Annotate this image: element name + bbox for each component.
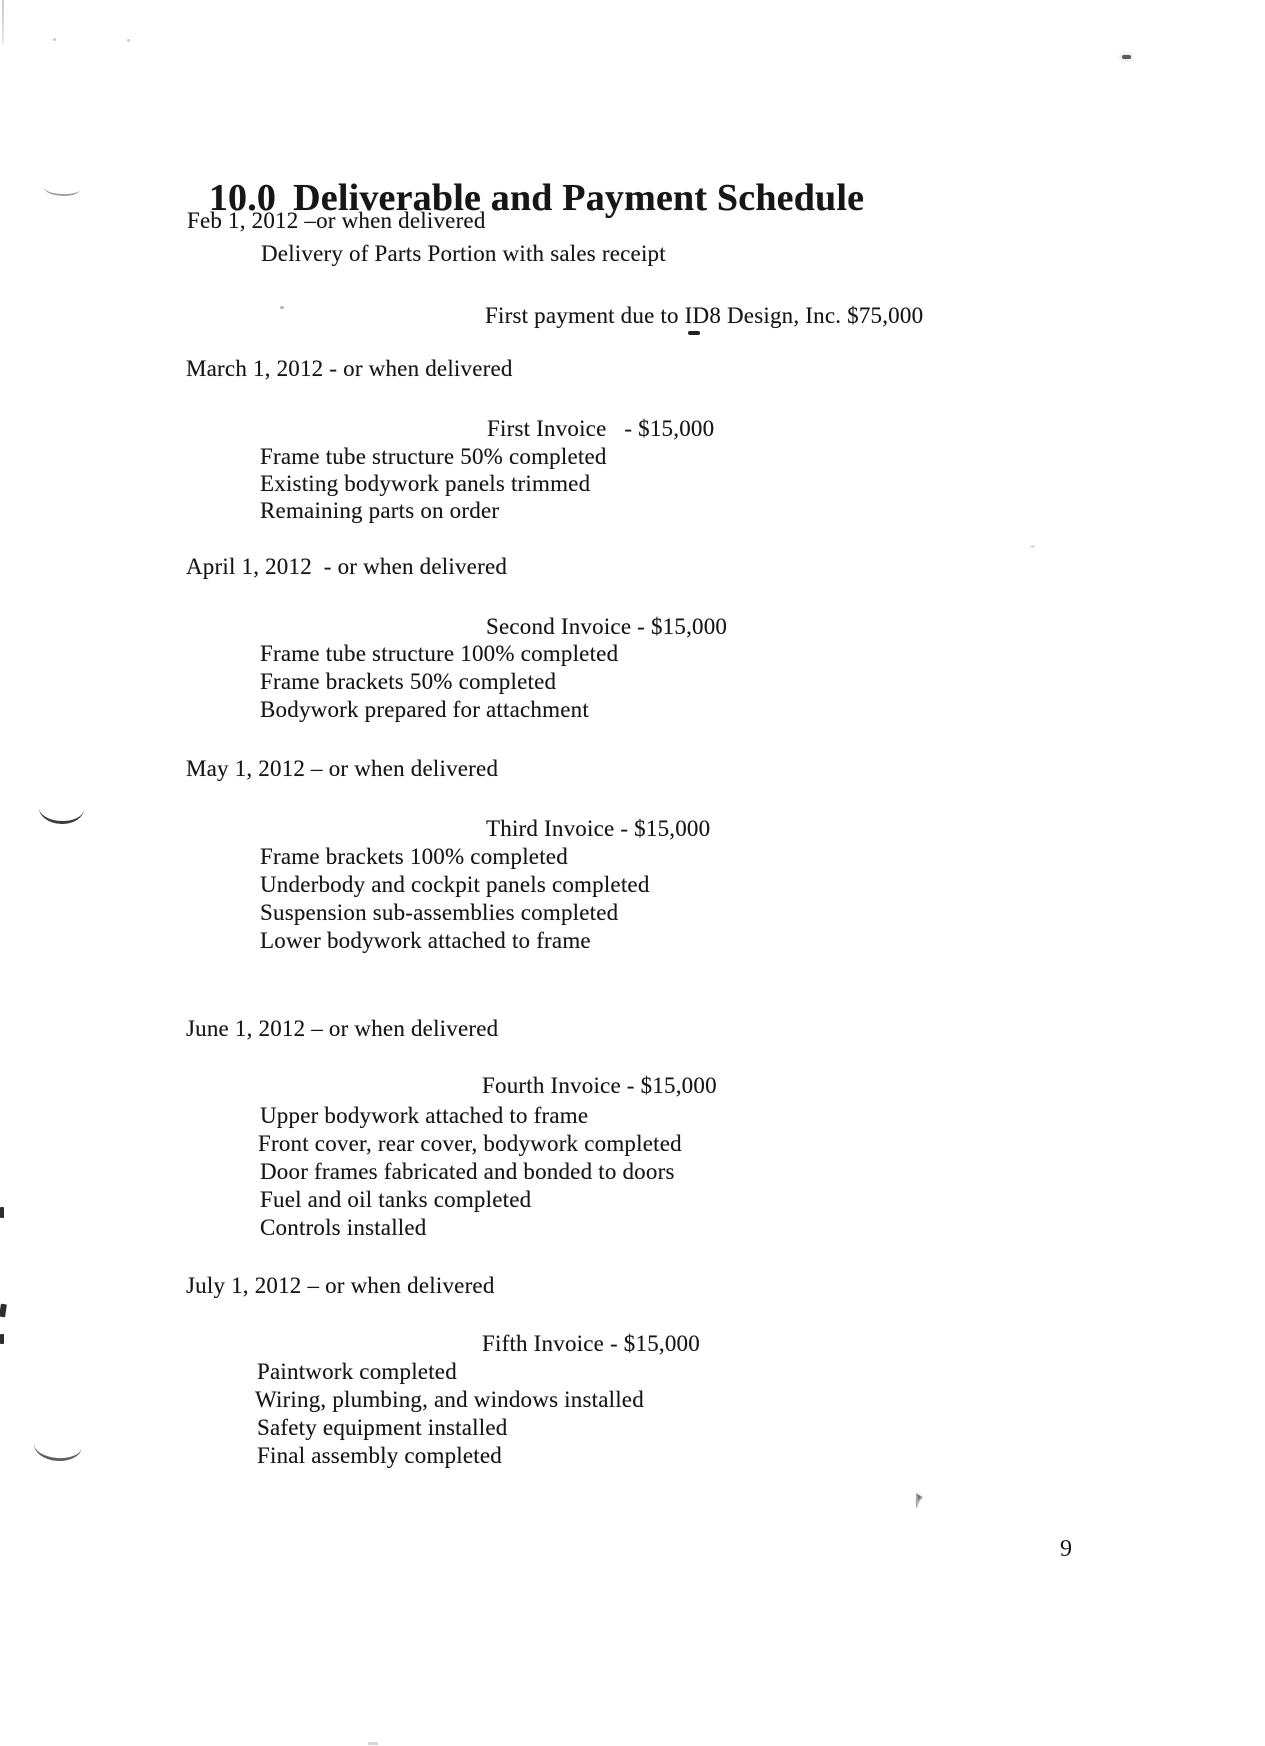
scan-artifact-dot — [127, 39, 130, 42]
date-line: July 1, 2012 – or when delivered — [186, 1274, 495, 1297]
deliverable-item: Final assembly completed — [257, 1444, 502, 1467]
invoice-line: Fourth Invoice - $15,000 — [482, 1074, 717, 1097]
deliverable-item: Frame brackets 50% completed — [260, 670, 556, 693]
scan-artifact-curve — [33, 1428, 83, 1462]
deliverable-item: Existing bodywork panels trimmed — [260, 472, 590, 495]
document-page: 10.0Deliverable and Payment Schedule Feb… — [0, 0, 1265, 1746]
date-line: June 1, 2012 – or when delivered — [186, 1017, 498, 1040]
date-line: April 1, 2012 - or when delivered — [186, 555, 507, 578]
deliverable-item: Safety equipment installed — [257, 1416, 507, 1439]
scan-artifact-hook — [913, 1492, 927, 1509]
deliverable-item: Frame brackets 100% completed — [260, 845, 568, 868]
date-line: Feb 1, 2012 –or when delivered — [187, 209, 486, 232]
deliverable-item: Bodywork prepared for attachment — [260, 698, 589, 721]
deliverable-item: Remaining parts on order — [260, 499, 499, 522]
deliverable-item: Frame tube structure 50% completed — [260, 445, 607, 468]
invoice-line: Third Invoice - $15,000 — [486, 817, 710, 840]
scan-artifact-edge-mark — [0, 1207, 4, 1218]
date-line: March 1, 2012 - or when delivered — [186, 357, 513, 380]
deliverable-item: Lower bodywork attached to frame — [260, 929, 591, 952]
deliverable-item: Front cover, rear cover, bodywork comple… — [258, 1132, 682, 1155]
scan-artifact-edge-mark — [0, 1334, 4, 1344]
scan-artifact-corner-line — [2, 0, 4, 44]
date-line: May 1, 2012 – or when delivered — [186, 757, 498, 780]
deliverable-item: Upper bodywork attached to frame — [260, 1104, 588, 1127]
deliverable-item: Wiring, plumbing, and windows installed — [255, 1388, 644, 1411]
scan-artifact-edge-mark — [0, 1304, 7, 1318]
deliverable-item: Underbody and cockpit panels completed — [260, 873, 650, 896]
scan-artifact-curve — [38, 792, 84, 825]
deliverable-item: Controls installed — [260, 1216, 427, 1239]
invoice-line: First Invoice - $15,000 — [487, 417, 714, 440]
scan-artifact-bottom-mark — [368, 1742, 378, 1745]
invoice-line: Second Invoice - $15,000 — [486, 615, 727, 638]
invoice-line: Fifth Invoice - $15,000 — [482, 1332, 700, 1355]
section-heading: 10.0Deliverable and Payment Schedule — [170, 141, 864, 255]
scan-artifact-dash — [1122, 55, 1131, 59]
scan-artifact-dot — [280, 306, 284, 309]
page-number: 9 — [1060, 1537, 1072, 1561]
deliverable-item: Fuel and oil tanks completed — [260, 1188, 531, 1211]
deliverable-item: Paintwork completed — [257, 1360, 457, 1383]
delivery-line: Delivery of Parts Portion with sales rec… — [261, 242, 666, 265]
deliverable-item: Frame tube structure 100% completed — [260, 642, 618, 665]
scan-artifact-dash — [688, 331, 700, 335]
deliverable-item: Suspension sub-assemblies completed — [260, 901, 618, 924]
deliverable-item: Door frames fabricated and bonded to doo… — [260, 1160, 675, 1183]
scan-artifact-curve — [44, 180, 81, 197]
scan-artifact-dot — [1030, 545, 1035, 548]
scan-artifact-dot — [53, 38, 56, 41]
payment-line: First payment due to ID8 Design, Inc. $7… — [485, 304, 923, 327]
